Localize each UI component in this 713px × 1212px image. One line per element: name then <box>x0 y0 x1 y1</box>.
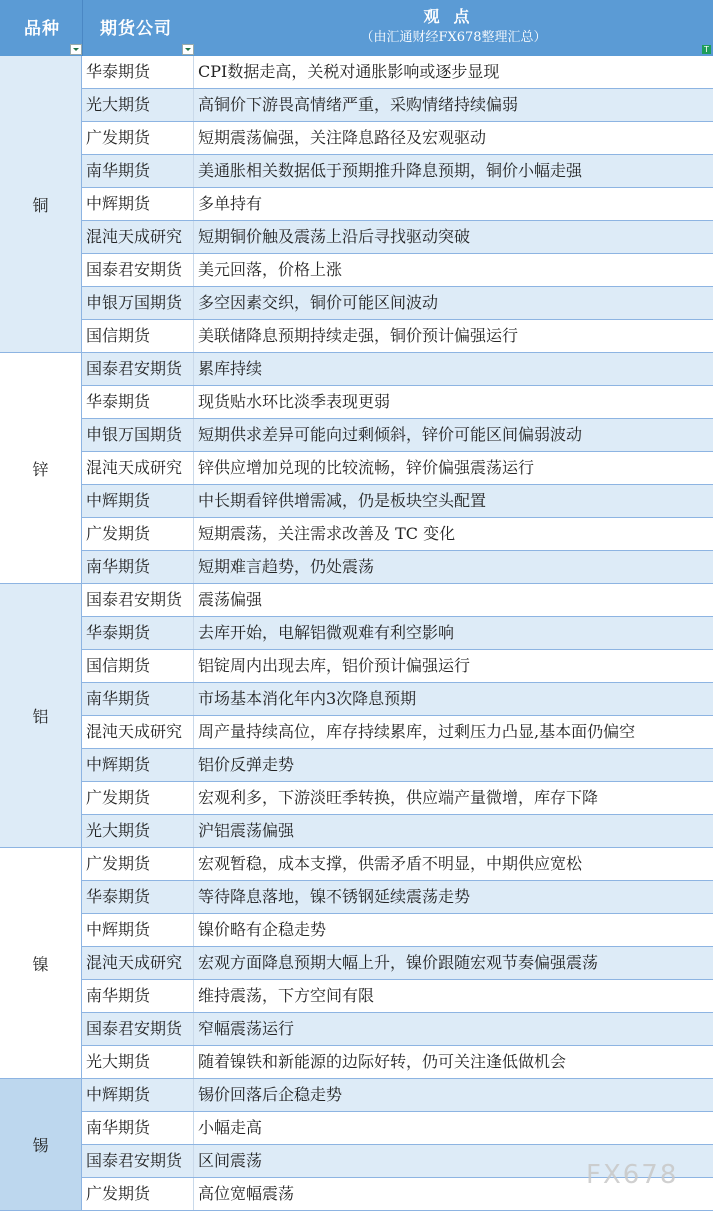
view-cell: 短期供求差异可能向过剩倾斜，锌价可能区间偏弱波动 <box>194 419 713 451</box>
view-cell: 宏观利多，下游淡旺季转换，供应端产量微增，库存下降 <box>194 782 713 814</box>
table-row: 国泰君安期货震荡偏强 <box>82 584 713 617</box>
filter-dropdown-company-icon[interactable] <box>182 44 194 55</box>
table-row: 广发期货宏观利多，下游淡旺季转换，供应端产量微增，库存下降 <box>82 782 713 815</box>
company-cell: 申银万国期货 <box>82 287 194 319</box>
table-row: 光大期货高铜价下游畏高情绪严重，采购情绪持续偏弱 <box>82 89 713 122</box>
company-cell: 广发期货 <box>82 122 194 154</box>
header-view: 观点 （由汇通财经FX678整理汇总） T <box>194 0 713 56</box>
table-row: 混沌天成研究周产量持续高位，库存持续累库，过剩压力凸显,基本面仍偏空 <box>82 716 713 749</box>
view-cell: 维持震荡，下方空间有限 <box>194 980 713 1012</box>
table-row: 南华期货小幅走高 <box>82 1112 713 1145</box>
view-cell: 累库持续 <box>194 353 713 385</box>
company-cell: 中辉期货 <box>82 914 194 946</box>
table-row: 国泰君安期货美元回落，价格上涨 <box>82 254 713 287</box>
table-row: 混沌天成研究锌供应增加兑现的比较流畅，锌价偏强震荡运行 <box>82 452 713 485</box>
view-cell: 周产量持续高位，库存持续累库，过剩压力凸显,基本面仍偏空 <box>194 716 713 748</box>
view-cell: 小幅走高 <box>194 1112 713 1144</box>
company-cell: 光大期货 <box>82 815 194 847</box>
company-cell: 南华期货 <box>82 980 194 1012</box>
view-cell: 短期震荡偏强，关注降息路径及宏观驱动 <box>194 122 713 154</box>
watermark: FX678 <box>586 1160 678 1190</box>
table-row: 混沌天成研究宏观方面降息预期大幅上升，镍价跟随宏观节奏偏强震荡 <box>82 947 713 980</box>
header-view-subtitle: （由汇通财经FX678整理汇总） <box>194 26 713 45</box>
company-cell: 国泰君安期货 <box>82 254 194 286</box>
view-cell: 随着镍铁和新能源的边际好转，仍可关注逢低做机会 <box>194 1046 713 1078</box>
filter-dropdown-variety-icon[interactable] <box>70 44 82 55</box>
view-cell: 市场基本消化年内3次降息预期 <box>194 683 713 715</box>
view-cell: 等待降息落地，镍不锈钢延续震荡走势 <box>194 881 713 913</box>
view-cell: 美元回落，价格上涨 <box>194 254 713 286</box>
view-cell: 窄幅震荡运行 <box>194 1013 713 1045</box>
company-cell: 国信期货 <box>82 320 194 352</box>
table-row: 华泰期货CPI数据走高，关税对通胀影响或逐步显现 <box>82 56 713 89</box>
variety-cell: 铝 <box>0 584 82 848</box>
table-row: 国信期货铝锭周内出现去库，铝价预计偏强运行 <box>82 650 713 683</box>
view-cell: 震荡偏强 <box>194 584 713 616</box>
header-variety-label: 品种 <box>24 14 60 39</box>
header-company: 期货公司 <box>82 0 194 56</box>
table-row: 华泰期货现货贴水环比淡季表现更弱 <box>82 386 713 419</box>
company-cell: 混沌天成研究 <box>82 947 194 979</box>
company-cell: 中辉期货 <box>82 1079 194 1111</box>
company-cell: 混沌天成研究 <box>82 221 194 253</box>
company-cell: 南华期货 <box>82 1112 194 1144</box>
table-row: 国泰君安期货窄幅震荡运行 <box>82 1013 713 1046</box>
variety-cell: 镍 <box>0 848 82 1079</box>
table-row: 中辉期货锡价回落后企稳走势 <box>82 1079 713 1112</box>
company-cell: 国泰君安期货 <box>82 353 194 385</box>
table-row: 南华期货市场基本消化年内3次降息预期 <box>82 683 713 716</box>
table-row: 南华期货维持震荡，下方空间有限 <box>82 980 713 1013</box>
table-row: 国信期货美联储降息预期持续走强，铜价预计偏强运行 <box>82 320 713 353</box>
company-cell: 申银万国期货 <box>82 419 194 451</box>
company-cell: 光大期货 <box>82 89 194 121</box>
company-cell: 华泰期货 <box>82 617 194 649</box>
view-cell: 多单持有 <box>194 188 713 220</box>
table-row: 光大期货沪铝震荡偏强 <box>82 815 713 848</box>
view-cell: 锌供应增加兑现的比较流畅，锌价偏强震荡运行 <box>194 452 713 484</box>
table-row: 中辉期货镍价略有企稳走势 <box>82 914 713 947</box>
view-cell: 沪铝震荡偏强 <box>194 815 713 847</box>
variety-cell: 铜 <box>0 56 82 353</box>
company-cell: 广发期货 <box>82 1178 194 1210</box>
company-cell: 中辉期货 <box>82 485 194 517</box>
table-header: 品种 期货公司 观点 （由汇通财经FX678整理汇总） T <box>0 0 713 56</box>
table-row: 华泰期货去库开始，电解铝微观难有利空影响 <box>82 617 713 650</box>
view-cell: 美联储降息预期持续走强，铜价预计偏强运行 <box>194 320 713 352</box>
company-cell: 混沌天成研究 <box>82 716 194 748</box>
view-cell: 中长期看锌供增需减，仍是板块空头配置 <box>194 485 713 517</box>
header-company-label: 期货公司 <box>100 14 172 39</box>
company-cell: 华泰期货 <box>82 56 194 88</box>
view-cell: 短期震荡，关注需求改善及 TC 变化 <box>194 518 713 550</box>
table-row: 申银万国期货短期供求差异可能向过剩倾斜，锌价可能区间偏弱波动 <box>82 419 713 452</box>
table-row: 申银万国期货多空因素交织，铜价可能区间波动 <box>82 287 713 320</box>
header-variety: 品种 <box>0 0 83 56</box>
company-cell: 华泰期货 <box>82 881 194 913</box>
view-cell: 多空因素交织，铜价可能区间波动 <box>194 287 713 319</box>
table-row: 中辉期货铝价反弹走势 <box>82 749 713 782</box>
company-cell: 国泰君安期货 <box>82 1145 194 1177</box>
table-row: 南华期货美通胀相关数据低于预期推升降息预期，铜价小幅走强 <box>82 155 713 188</box>
company-cell: 混沌天成研究 <box>82 452 194 484</box>
table-row: 广发期货宏观暂稳，成本支撑，供需矛盾不明显，中期供应宽松 <box>82 848 713 881</box>
company-cell: 中辉期货 <box>82 188 194 220</box>
company-cell: 华泰期货 <box>82 386 194 418</box>
table-row: 国泰君安期货累库持续 <box>82 353 713 386</box>
company-cell: 国泰君安期货 <box>82 584 194 616</box>
table-row: 广发期货短期震荡偏强，关注降息路径及宏观驱动 <box>82 122 713 155</box>
company-cell: 广发期货 <box>82 782 194 814</box>
table-row: 中辉期货多单持有 <box>82 188 713 221</box>
company-cell: 光大期货 <box>82 1046 194 1078</box>
table-row: 华泰期货等待降息落地，镍不锈钢延续震荡走势 <box>82 881 713 914</box>
view-cell: 宏观暂稳，成本支撑，供需矛盾不明显，中期供应宽松 <box>194 848 713 880</box>
view-cell: CPI数据走高，关税对通胀影响或逐步显现 <box>194 56 713 88</box>
view-cell: 美通胀相关数据低于预期推升降息预期，铜价小幅走强 <box>194 155 713 187</box>
table-row: 南华期货短期难言趋势，仍处震荡 <box>82 551 713 584</box>
company-cell: 广发期货 <box>82 848 194 880</box>
header-view-title: 观点 <box>194 4 713 27</box>
view-cell: 铝价反弹走势 <box>194 749 713 781</box>
company-cell: 中辉期货 <box>82 749 194 781</box>
table-row: 光大期货随着镍铁和新能源的边际好转，仍可关注逢低做机会 <box>82 1046 713 1079</box>
company-cell: 南华期货 <box>82 551 194 583</box>
table-row: 混沌天成研究短期铜价触及震荡上沿后寻找驱动突破 <box>82 221 713 254</box>
company-cell: 广发期货 <box>82 518 194 550</box>
company-cell: 国泰君安期货 <box>82 1013 194 1045</box>
variety-cell: 锡 <box>0 1079 82 1211</box>
company-cell: 国信期货 <box>82 650 194 682</box>
view-cell: 现货贴水环比淡季表现更弱 <box>194 386 713 418</box>
view-cell: 短期铜价触及震荡上沿后寻找驱动突破 <box>194 221 713 253</box>
table-row: 中辉期货中长期看锌供增需减，仍是板块空头配置 <box>82 485 713 518</box>
view-cell: 去库开始，电解铝微观难有利空影响 <box>194 617 713 649</box>
filter-active-icon[interactable]: T <box>702 45 711 54</box>
view-cell: 短期难言趋势，仍处震荡 <box>194 551 713 583</box>
view-cell: 铝锭周内出现去库，铝价预计偏强运行 <box>194 650 713 682</box>
company-cell: 南华期货 <box>82 155 194 187</box>
view-cell: 镍价略有企稳走势 <box>194 914 713 946</box>
table-row: 广发期货短期震荡，关注需求改善及 TC 变化 <box>82 518 713 551</box>
view-cell: 宏观方面降息预期大幅上升，镍价跟随宏观节奏偏强震荡 <box>194 947 713 979</box>
view-cell: 锡价回落后企稳走势 <box>194 1079 713 1111</box>
variety-cell: 锌 <box>0 353 82 584</box>
view-cell: 高铜价下游畏高情绪严重，采购情绪持续偏弱 <box>194 89 713 121</box>
company-cell: 南华期货 <box>82 683 194 715</box>
